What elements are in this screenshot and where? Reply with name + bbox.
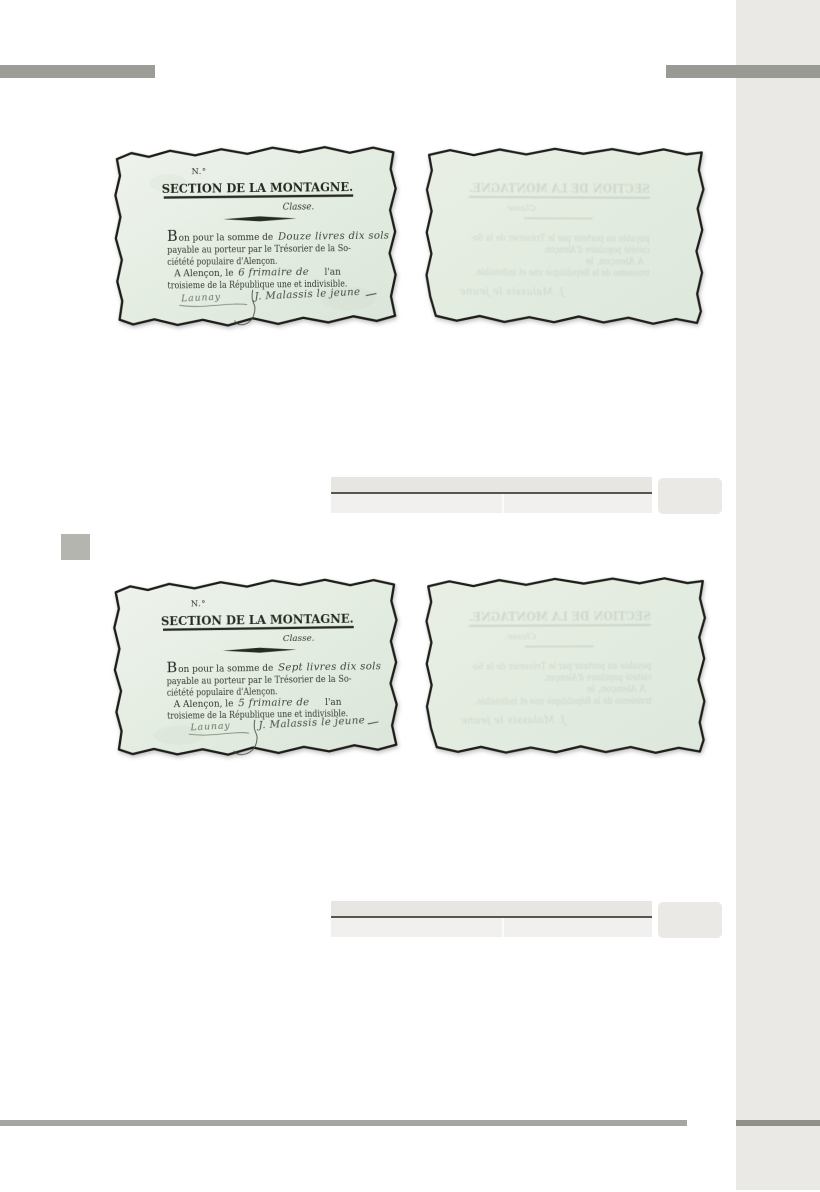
svg-text:payable au porteur par le Trés: payable au porteur par le Trésorier de l… xyxy=(471,232,650,244)
header-rule-left xyxy=(0,65,155,78)
lot2-strip-column-divider xyxy=(502,918,504,937)
catalog-page: N.° SECTION DE LA MONTAGNE. Classe. Bon … xyxy=(0,0,820,1192)
lot1-strip-column-divider xyxy=(502,494,504,513)
classe-label: Classe. xyxy=(283,634,315,644)
svg-text:SECTION DE LA MONTAGNE.: SECTION DE LA MONTAGNE. xyxy=(469,181,650,196)
right-margin-panel xyxy=(736,0,820,1190)
note-body-line3: ciétété populaire d'Alençon. xyxy=(167,256,277,268)
svg-text:A Alençon, le: A Alençon, le xyxy=(587,685,647,695)
lot1-note-back-scan: SECTION DE LA MONTAGNE. Classe. payable … xyxy=(421,143,708,330)
lot2-note-front-scan: N.° SECTION DE LA MONTAGNE. Classe. Bon … xyxy=(109,574,404,762)
footer-rule-left xyxy=(0,1120,687,1126)
svg-text:A Alençon, le: A Alençon, le xyxy=(585,257,644,267)
signature-launay: Launay xyxy=(180,292,221,305)
handwritten-date: 6 frimaire de xyxy=(238,267,309,279)
signature-launay: Launay xyxy=(189,720,231,733)
section-marker-square xyxy=(61,534,90,560)
footer-rule-right xyxy=(736,1120,820,1126)
svg-text:SECTION DE LA MONTAGNE.: SECTION DE LA MONTAGNE. xyxy=(469,609,651,624)
lot1-strip-value-row xyxy=(331,494,652,513)
lot2-estimate-box xyxy=(658,902,722,938)
note-title: SECTION DE LA MONTAGNE. xyxy=(161,612,354,629)
svg-text:troisieme de la République une: troisieme de la République une et indivi… xyxy=(475,695,652,707)
lot1-estimate-box xyxy=(658,478,722,514)
svg-text:ciétété populaire d'Alençon.: ciétété populaire d'Alençon. xyxy=(544,672,652,684)
note-body-line3: ciétété populaire d'Alençon. xyxy=(167,686,278,698)
note-body-line2: payable au porteur par le Trésorier de l… xyxy=(167,243,351,256)
svg-text:Classe.: Classe. xyxy=(505,203,536,213)
lot2-strip-value-row xyxy=(331,918,652,937)
svg-text:payable au porteur par le Trés: payable au porteur par le Trésorier de l… xyxy=(471,660,652,672)
handwritten-date: 5 frimaire de xyxy=(238,697,309,709)
note-number-label: N.° xyxy=(191,598,206,608)
header-rule-right xyxy=(666,65,820,78)
svg-text:J. Malassis le jeune: J. Malassis le jeune xyxy=(460,715,567,727)
lot1-info-strip xyxy=(331,477,652,513)
note-title: SECTION DE LA MONTAGNE. xyxy=(162,180,354,196)
note-number-label: N.° xyxy=(191,166,206,176)
svg-text:ciétété populaire d'Alençon.: ciétété populaire d'Alençon. xyxy=(543,244,650,256)
svg-text:J. Malassis le jeune: J. Malassis le jeune xyxy=(459,287,565,299)
handwritten-amount: Douze livres dix sols xyxy=(277,230,389,242)
classe-label: Classe. xyxy=(283,202,315,212)
svg-text:troisieme de la République une: troisieme de la République une et indivi… xyxy=(474,267,649,279)
lot2-strip-header-row xyxy=(331,901,652,916)
lot1-strip-header-row xyxy=(331,477,652,492)
lot1-note-front-scan: N.° SECTION DE LA MONTAGNE. Classe. Bon … xyxy=(110,141,402,332)
handwritten-amount: Sept livres dix sols xyxy=(278,661,381,673)
svg-text:Classe.: Classe. xyxy=(505,632,536,642)
lot2-info-strip xyxy=(331,901,652,937)
lot2-note-back-scan: SECTION DE LA MONTAGNE. Classe. payable … xyxy=(421,573,710,761)
